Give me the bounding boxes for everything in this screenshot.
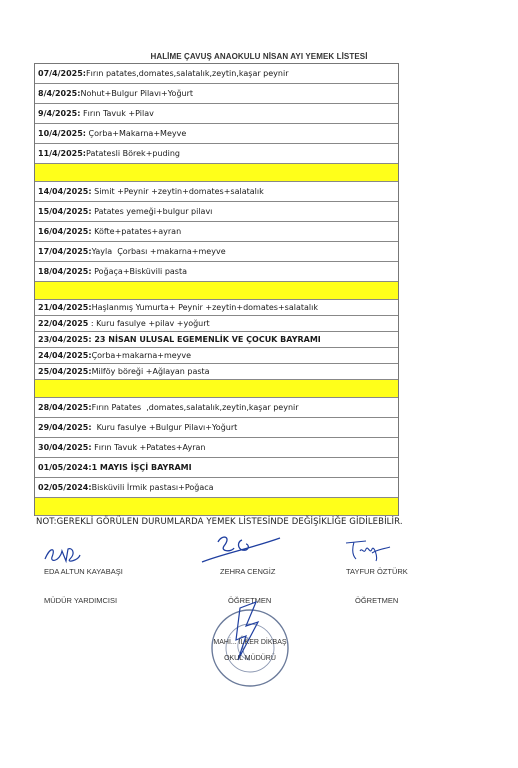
menu-date: 17/04/2025: [38,247,92,256]
menu-row: 01/05/2024:1 MAYIS İŞÇİ BAYRAMI [35,458,398,478]
menu-date: 21/04/2025: [38,303,92,312]
menu-row: 16/04/2025: Köfte+patates+ayran [35,222,398,242]
menu-items: Fırın Tavuk +Patates+Ayran [92,443,206,452]
menu-date: 22/04/2025 [38,319,88,328]
menu-date: 24/04/2025: [38,351,92,360]
menu-row: 24/04/2025:Çorba+makarna+meyve [35,348,398,364]
menu-items: Simit +Peynir +zeytin+domates+salatalık [92,187,264,196]
page-title: HALİME ÇAVUŞ ANAOKULU NİSAN AYI YEMEK Lİ… [0,52,518,61]
menu-row: 25/04/2025:Milföy böreği +Ağlayan pasta [35,364,398,380]
menu-row: 9/4/2025: Fırın Tavuk +Pilav [35,104,398,124]
menu-row: 18/04/2025: Poğaça+Bisküvili pasta [35,262,398,282]
menu-row: 22/04/2025 : Kuru fasulye +pilav +yoğurt [35,316,398,332]
menu-date: 23/04/2025: [38,335,92,344]
signatory-role: ÖĞRETMEN [355,596,398,605]
menu-items: 1 MAYIS İŞÇİ BAYRAMI [92,463,192,472]
menu-date: 02/05/2024: [38,483,92,492]
menu-date: 8/4/2025: [38,89,80,98]
signatory-name: ZEHRA CENGİZ [220,567,275,576]
menu-date: 30/04/2025: [38,443,92,452]
official-stamp-icon: MAHİ... İLKER DİKBAŞ OKUL MÜDÜRÜ [200,600,300,692]
menu-date: 29/04/2025: [38,423,92,432]
menu-date: 07/4/2025: [38,69,86,78]
menu-items: Patates yemeği+bulgur pilavı [92,207,213,216]
signatory-name: EDA ALTUN KAYABAŞI [44,567,123,576]
menu-row: 30/04/2025: Fırın Tavuk +Patates+Ayran [35,438,398,458]
menu-items: Milföy böreği +Ağlayan pasta [92,367,210,376]
menu-row: 11/4/2025:Patatesli Börek+puding [35,144,398,164]
menu-items: Yayla Çorbası +makarna+meyve [92,247,226,256]
menu-items: Fırın patates,domates,salatalık,zeytin,k… [86,69,288,78]
menu-date: 01/05/2024: [38,463,92,472]
menu-items: Çorba+makarna+meyve [92,351,191,360]
week-separator [35,282,398,300]
menu-items: Nohut+Bulgur Pilavı+Yoğurt [80,89,193,98]
menu-items: Köfte+patates+ayran [92,227,182,236]
week-separator [35,380,398,398]
menu-row: 29/04/2025: Kuru fasulye +Bulgur Pilavı+… [35,418,398,438]
signatory-name: TAYFUR ÖZTÜRK [346,567,408,576]
menu-items: Fırın Tavuk +Pilav [80,109,153,118]
menu-date: 15/04/2025: [38,207,92,216]
menu-date: 16/04/2025: [38,227,92,236]
menu-row: 14/04/2025: Simit +Peynir +zeytin+domate… [35,182,398,202]
menu-items: Çorba+Makarna+Meyve [86,129,186,138]
menu-items: : Kuru fasulye +pilav +yoğurt [88,319,209,328]
menu-date: 10/4/2025: [38,129,86,138]
note-text: NOT:GEREKLİ GÖRÜLEN DURUMLARDA YEMEK LİS… [36,517,403,527]
menu-items: Patatesli Börek+puding [86,149,180,158]
menu-items: Fırın Patates ,domates,salatalık,zeytin,… [92,403,299,412]
menu-row: 07/4/2025:Fırın patates,domates,salatalı… [35,64,398,84]
stamp-role: OKUL MÜDÜRÜ [224,654,276,662]
menu-items: Bisküvili İrmik pastası+Poğaca [92,483,214,492]
menu-row: 15/04/2025: Patates yemeği+bulgur pilavı [35,202,398,222]
menu-date: 28/04/2025: [38,403,92,412]
menu-items: Haşlanmış Yumurta+ Peynir +zeytin+domate… [92,303,318,312]
menu-items: Poğaça+Bisküvili pasta [92,267,187,276]
menu-row: 8/4/2025:Nohut+Bulgur Pilavı+Yoğurt [35,84,398,104]
menu-items: 23 NİSAN ULUSAL EGEMENLİK VE ÇOCUK BAYRA… [92,335,321,344]
menu-date: 11/4/2025: [38,149,86,158]
signature-tayfur [342,537,392,563]
week-separator [35,498,398,516]
signature-eda [42,543,82,565]
menu-date: 14/04/2025: [38,187,92,196]
stamp-name: MAHİ... İLKER DİKBAŞ [213,637,286,646]
signatory-role: MÜDÜR YARDIMCISI [44,596,117,605]
menu-date: 9/4/2025: [38,109,80,118]
menu-items: Kuru fasulye +Bulgur Pilavı+Yoğurt [92,423,238,432]
menu-date: 18/04/2025: [38,267,92,276]
menu-row: 23/04/2025: 23 NİSAN ULUSAL EGEMENLİK VE… [35,332,398,348]
signature-zehra [192,532,282,566]
menu-row: 28/04/2025:Fırın Patates ,domates,salata… [35,398,398,418]
menu-date: 25/04/2025: [38,367,92,376]
menu-row: 10/4/2025: Çorba+Makarna+Meyve [35,124,398,144]
menu-row: 21/04/2025:Haşlanmış Yumurta+ Peynir +ze… [35,300,398,316]
menu-row: 02/05/2024:Bisküvili İrmik pastası+Poğac… [35,478,398,498]
menu-table: 07/4/2025:Fırın patates,domates,salatalı… [34,63,399,516]
menu-row: 17/04/2025:Yayla Çorbası +makarna+meyve [35,242,398,262]
week-separator [35,164,398,182]
